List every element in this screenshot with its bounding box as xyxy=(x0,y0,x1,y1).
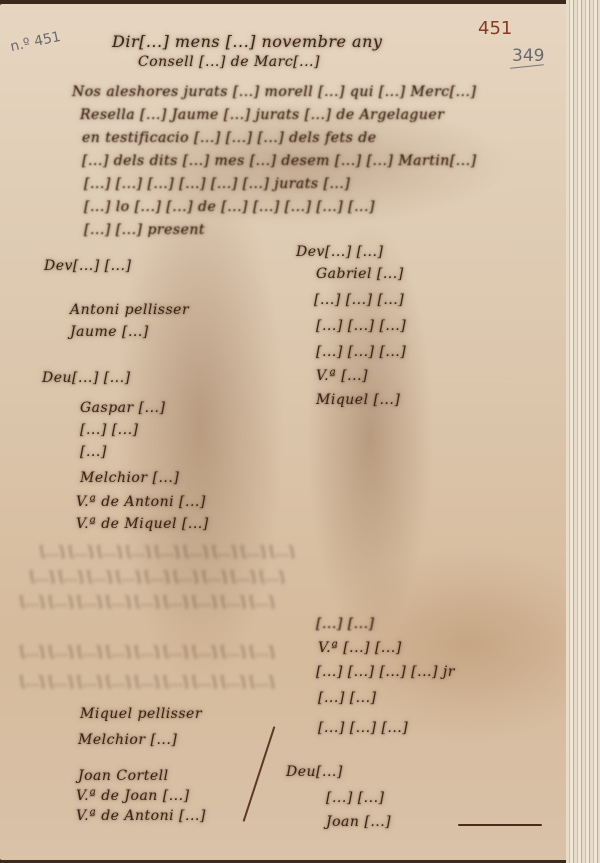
name-entry: Melchior [...] xyxy=(80,470,179,486)
name-entry: V.ª de Miquel [...] xyxy=(76,516,209,532)
preamble-line: Nos aleshores jurats [...] morell [...] … xyxy=(72,84,476,100)
heading-line-2: Consell [...] de Marc[...] xyxy=(138,54,320,70)
name-entry: [...] [...] [...] xyxy=(316,344,406,360)
name-entry: V.ª de Joan [...] xyxy=(76,788,190,804)
preamble-line: [...] dels dits [...] mes [...] desem [.… xyxy=(82,153,477,169)
name-entry: V.ª de Antoni [...] xyxy=(76,808,206,824)
name-entry: Melchior [...] xyxy=(78,732,177,748)
page-stack-edges xyxy=(566,0,600,863)
name-entry: Gabriel [...] xyxy=(316,266,404,282)
preamble-line: en testificacio [...] [...] [...] dels f… xyxy=(82,130,377,146)
folio-number-pencil: 349 xyxy=(512,46,544,66)
manuscript-page: n.º 451 451 349 Dir[...] mens [...] nove… xyxy=(0,4,568,860)
name-entry: Dev[...] [...] xyxy=(44,258,131,274)
name-entry: Joan Cortell xyxy=(78,768,169,784)
preamble-line: Resella [...] Jaume [...] jurats [...] d… xyxy=(80,107,444,123)
folio-number-left: n.º 451 xyxy=(9,29,62,55)
name-entry: V.ª [...] xyxy=(316,368,368,384)
name-entry: V.ª de Antoni [...] xyxy=(76,494,206,510)
preamble-line: [...] [...] present xyxy=(84,222,205,238)
name-entry: V.ª [...] [...] xyxy=(318,640,402,656)
preamble-line: [...] [...] [...] [...] [...] [...] jura… xyxy=(84,176,350,192)
name-entry: [...] [...] xyxy=(80,422,139,438)
name-entry: [...] [...] [...] [...] jr xyxy=(316,664,455,680)
name-entry: Miquel [...] xyxy=(316,392,400,408)
folio-number-red: 451 xyxy=(478,18,512,39)
name-entry: [...] [...] xyxy=(326,790,385,806)
name-entry: Antoni pellisser xyxy=(70,302,189,318)
name-entry: Joan [...] xyxy=(326,814,391,830)
name-entry: [...] [...] [...] xyxy=(316,318,406,334)
name-entry: Jaume [...] xyxy=(70,324,149,340)
name-entry: [...] xyxy=(80,444,107,460)
name-entry: [...] [...] xyxy=(318,690,377,706)
name-entry: [...] [...] [...] xyxy=(314,292,404,308)
name-entry: Miquel pellisser xyxy=(80,706,202,722)
name-entry: [...] [...] [...] xyxy=(318,720,408,736)
ink-stroke xyxy=(243,726,276,822)
name-entry: Deu[...] [...] xyxy=(42,370,131,386)
preamble-line: [...] lo [...] [...] de [...] [...] [...… xyxy=(84,199,375,215)
name-entry: Gaspar [...] xyxy=(80,400,165,416)
name-entry: [...] [...] xyxy=(316,616,375,632)
name-entry: Dev[...] [...] xyxy=(296,244,383,260)
closing-line xyxy=(458,824,542,826)
name-entry: Deu[...] xyxy=(286,764,343,780)
heading-line-1: Dir[...] mens [...] novembre any xyxy=(112,32,382,51)
